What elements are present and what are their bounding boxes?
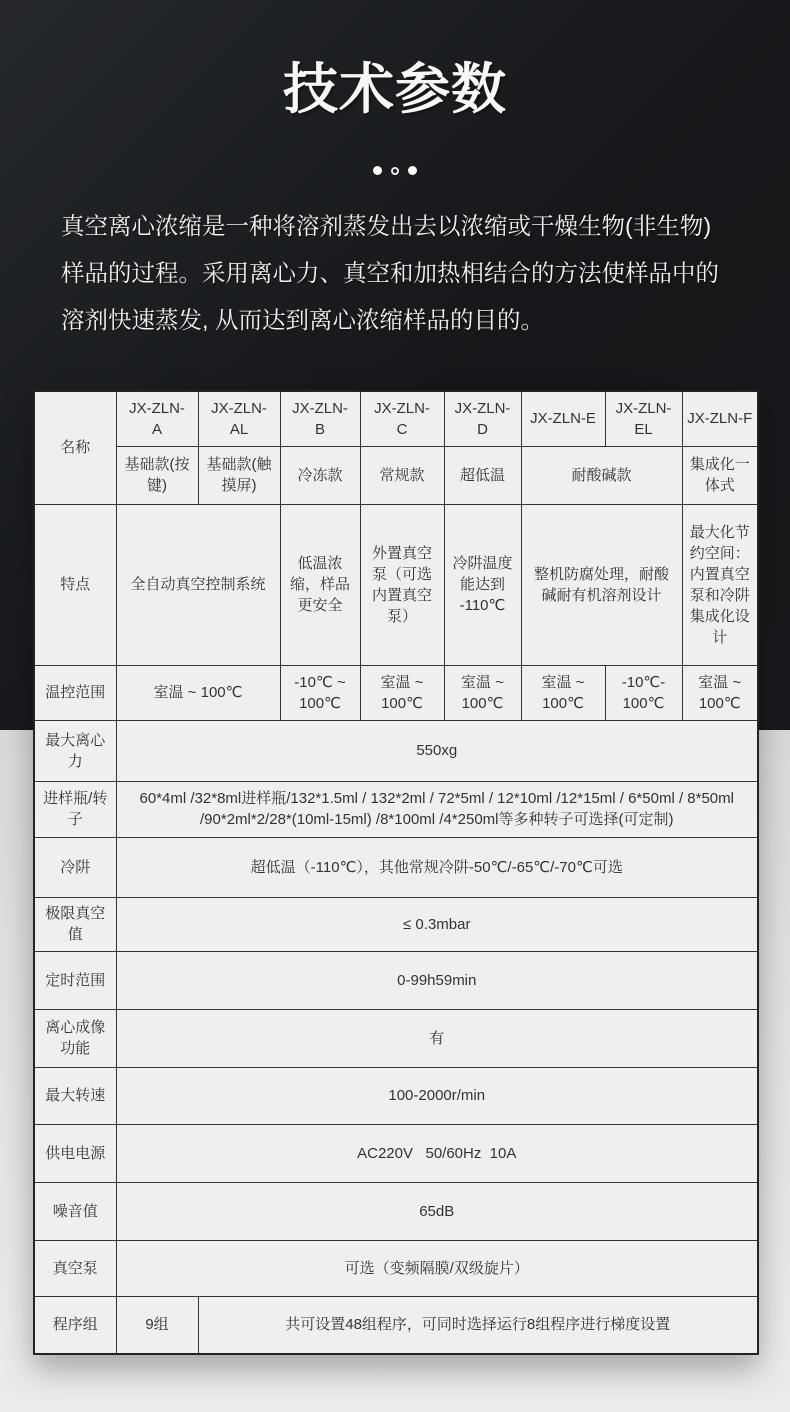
cell-variant-a: 基础款(按 键) — [116, 446, 198, 504]
row-model-names: 名称 JX-ZLN- A JX-ZLN- AL JX-ZLN- B JX-ZLN… — [34, 391, 758, 446]
cell-variant-f: 集成化一 体式 — [682, 446, 758, 504]
row-program-groups: 程序组 9组 共可设置48组程序，可同时选择运行8组程序进行梯度设置 — [34, 1296, 758, 1354]
cell-temp-e: 室温 ~ 100℃ — [521, 665, 605, 720]
cell-row-value: 65dB — [116, 1182, 758, 1240]
cell-variant-e-el: 耐酸碱款 — [521, 446, 682, 504]
intro-paragraph: 真空离心浓缩是一种将溶剂蒸发出去以浓缩或干燥生物(非生物) 样品的过程。采用离心… — [61, 203, 729, 344]
row-cold-trap: 冷阱 超低温（-110℃），其他常规冷阱-50℃/-65℃/-70℃可选 — [34, 837, 758, 897]
row-noise-level: 噪音值 65dB — [34, 1182, 758, 1240]
cell-row-value: AC220V 50/60Hz 10A — [116, 1124, 758, 1182]
cell-row-value: 550xg — [116, 720, 758, 781]
cell-model-el: JX-ZLN- EL — [605, 391, 682, 446]
cell-features-d: 冷阱温度 能达到 -110℃ — [444, 504, 521, 665]
row-features: 特点 全自动真空控制系统 低温浓 缩，样品 更安全 外置真空 泵（可选 内置真空… — [34, 504, 758, 665]
cell-row-value: ≤ 0.3mbar — [116, 897, 758, 951]
cell-row-label: 真空泵 — [34, 1240, 116, 1296]
cell-temp-f: 室温 ~ 100℃ — [682, 665, 758, 720]
cell-variant-d: 超低温 — [444, 446, 521, 504]
cell-row-value: 超低温（-110℃），其他常规冷阱-50℃/-65℃/-70℃可选 — [116, 837, 758, 897]
cell-features-label: 特点 — [34, 504, 116, 665]
cell-row-value: 60*4ml /32*8ml进样瓶/132*1.5ml / 132*2ml / … — [116, 781, 758, 837]
row-temp-range: 温控范围 室温 ~ 100℃ -10℃ ~ 100℃ 室温 ~ 100℃ 室温 … — [34, 665, 758, 720]
cell-features-e-el: 整机防腐处理，耐酸 碱耐有机溶剂设计 — [521, 504, 682, 665]
row-timer-range: 定时范围 0-99h59min — [34, 951, 758, 1009]
cell-row-label: 离心成像功能 — [34, 1009, 116, 1067]
cell-row-label: 极限真空值 — [34, 897, 116, 951]
cell-program-value: 共可设置48组程序，可同时选择运行8组程序进行梯度设置 — [198, 1296, 758, 1354]
cell-features-b: 低温浓 缩，样品 更安全 — [280, 504, 360, 665]
spec-table: 名称 JX-ZLN- A JX-ZLN- AL JX-ZLN- B JX-ZLN… — [33, 390, 759, 1355]
row-vacuum-pump: 真空泵 可选（变频隔膜/双级旋片） — [34, 1240, 758, 1296]
cell-name-label: 名称 — [34, 391, 116, 504]
cell-row-label: 最大转速 — [34, 1067, 116, 1124]
row-variants: 基础款(按 键) 基础款(触 摸屏) 冷冻款 常规款 超低温 耐酸碱款 集成化一… — [34, 446, 758, 504]
row-power-supply: 供电电源 AC220V 50/60Hz 10A — [34, 1124, 758, 1182]
dot-hollow-icon — [391, 167, 399, 175]
cell-features-f: 最大化节 约空间： 内置真空 泵和冷阱 集成化设 计 — [682, 504, 758, 665]
cell-row-value: 有 — [116, 1009, 758, 1067]
cell-variant-b: 冷冻款 — [280, 446, 360, 504]
cell-row-value: 100-2000r/min — [116, 1067, 758, 1124]
cell-variant-c: 常规款 — [360, 446, 444, 504]
page-title: 技术参数 — [0, 0, 790, 122]
cell-model-f: JX-ZLN-F — [682, 391, 758, 446]
cell-row-value: 可选（变频隔膜/双级旋片） — [116, 1240, 758, 1296]
dot-filled-icon — [408, 166, 417, 175]
cell-model-d: JX-ZLN- D — [444, 391, 521, 446]
dot-filled-icon — [373, 166, 382, 175]
cell-row-value: 0-99h59min — [116, 951, 758, 1009]
cell-model-e: JX-ZLN-E — [521, 391, 605, 446]
cell-row-label: 定时范围 — [34, 951, 116, 1009]
cell-model-b: JX-ZLN- B — [280, 391, 360, 446]
cell-temp-d: 室温 ~ 100℃ — [444, 665, 521, 720]
row-imaging-function: 离心成像功能 有 — [34, 1009, 758, 1067]
row-vials-rotors: 进样瓶/转子 60*4ml /32*8ml进样瓶/132*1.5ml / 132… — [34, 781, 758, 837]
cell-row-label: 供电电源 — [34, 1124, 116, 1182]
cell-model-c: JX-ZLN- C — [360, 391, 444, 446]
cell-variant-al: 基础款(触 摸屏) — [198, 446, 280, 504]
cell-row-label: 最大离心力 — [34, 720, 116, 781]
cell-features-a-al: 全自动真空控制系统 — [116, 504, 280, 665]
row-ultimate-vacuum: 极限真空值 ≤ 0.3mbar — [34, 897, 758, 951]
cell-temp-a-al: 室温 ~ 100℃ — [116, 665, 280, 720]
cell-row-label: 进样瓶/转子 — [34, 781, 116, 837]
row-max-speed: 最大转速 100-2000r/min — [34, 1067, 758, 1124]
cell-temp-el: -10℃- 100℃ — [605, 665, 682, 720]
decorative-dots — [0, 164, 790, 177]
cell-model-al: JX-ZLN- AL — [198, 391, 280, 446]
row-max-centrifugal-force: 最大离心力 550xg — [34, 720, 758, 781]
cell-model-a: JX-ZLN- A — [116, 391, 198, 446]
cell-program-groups: 9组 — [116, 1296, 198, 1354]
cell-temp-c: 室温 ~ 100℃ — [360, 665, 444, 720]
cell-row-label: 冷阱 — [34, 837, 116, 897]
cell-features-c: 外置真空 泵（可选 内置真空 泵） — [360, 504, 444, 665]
cell-row-label: 噪音值 — [34, 1182, 116, 1240]
page-content: 技术参数 真空离心浓缩是一种将溶剂蒸发出去以浓缩或干燥生物(非生物) 样品的过程… — [0, 0, 790, 1355]
cell-temp-label: 温控范围 — [34, 665, 116, 720]
cell-temp-b: -10℃ ~ 100℃ — [280, 665, 360, 720]
cell-program-label: 程序组 — [34, 1296, 116, 1354]
